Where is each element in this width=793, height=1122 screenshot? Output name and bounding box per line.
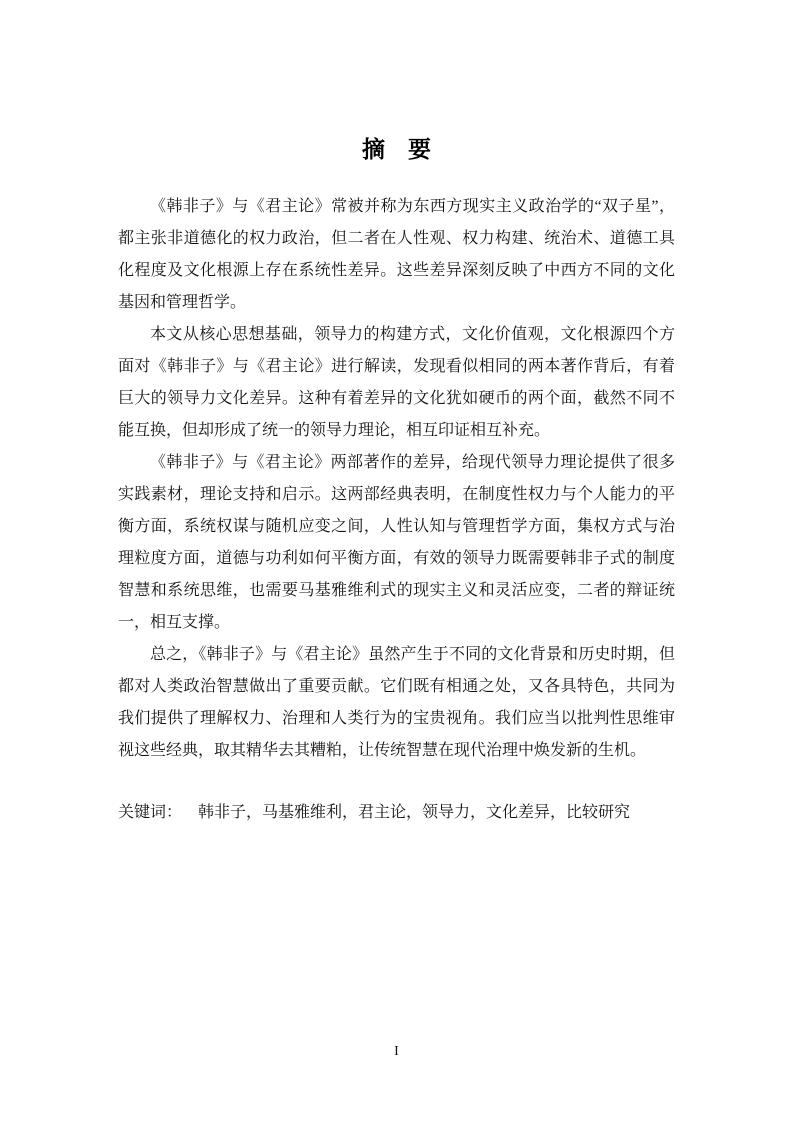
abstract-paragraph-2: 本文从核心思想基础，领导力的构建方式，文化价值观，文化根源四个方面对《韩非子》与… [118,319,675,447]
keywords-text: 韩非子，马基雅维利，君主论，领导力，文化差异，比较研究 [198,804,630,821]
abstract-page: 摘 要 《韩非子》与《君主论》常被并称为东西方现实主义政治学的“双子星”，都主张… [0,0,793,1122]
abstract-paragraph-4: 总之，《韩非子》与《君主论》虽然产生于不同的文化背景和历史时期，但都对人类政治智… [118,639,675,767]
page-number: I [0,1044,793,1060]
keywords-label: 关键词： [118,804,182,821]
abstract-content: 摘 要 《韩非子》与《君主论》常被并称为东西方现实主义政治学的“双子星”，都主张… [118,131,675,829]
abstract-paragraph-3: 《韩非子》与《君主论》两部著作的差异，给现代领导力理论提供了很多实践素材，理论支… [118,447,675,639]
page-title: 摘 要 [118,131,675,164]
keywords-line: 关键词：韩非子，马基雅维利，君主论，领导力，文化差异，比较研究 [118,797,675,829]
abstract-paragraph-1: 《韩非子》与《君主论》常被并称为东西方现实主义政治学的“双子星”，都主张非道德化… [118,191,675,319]
